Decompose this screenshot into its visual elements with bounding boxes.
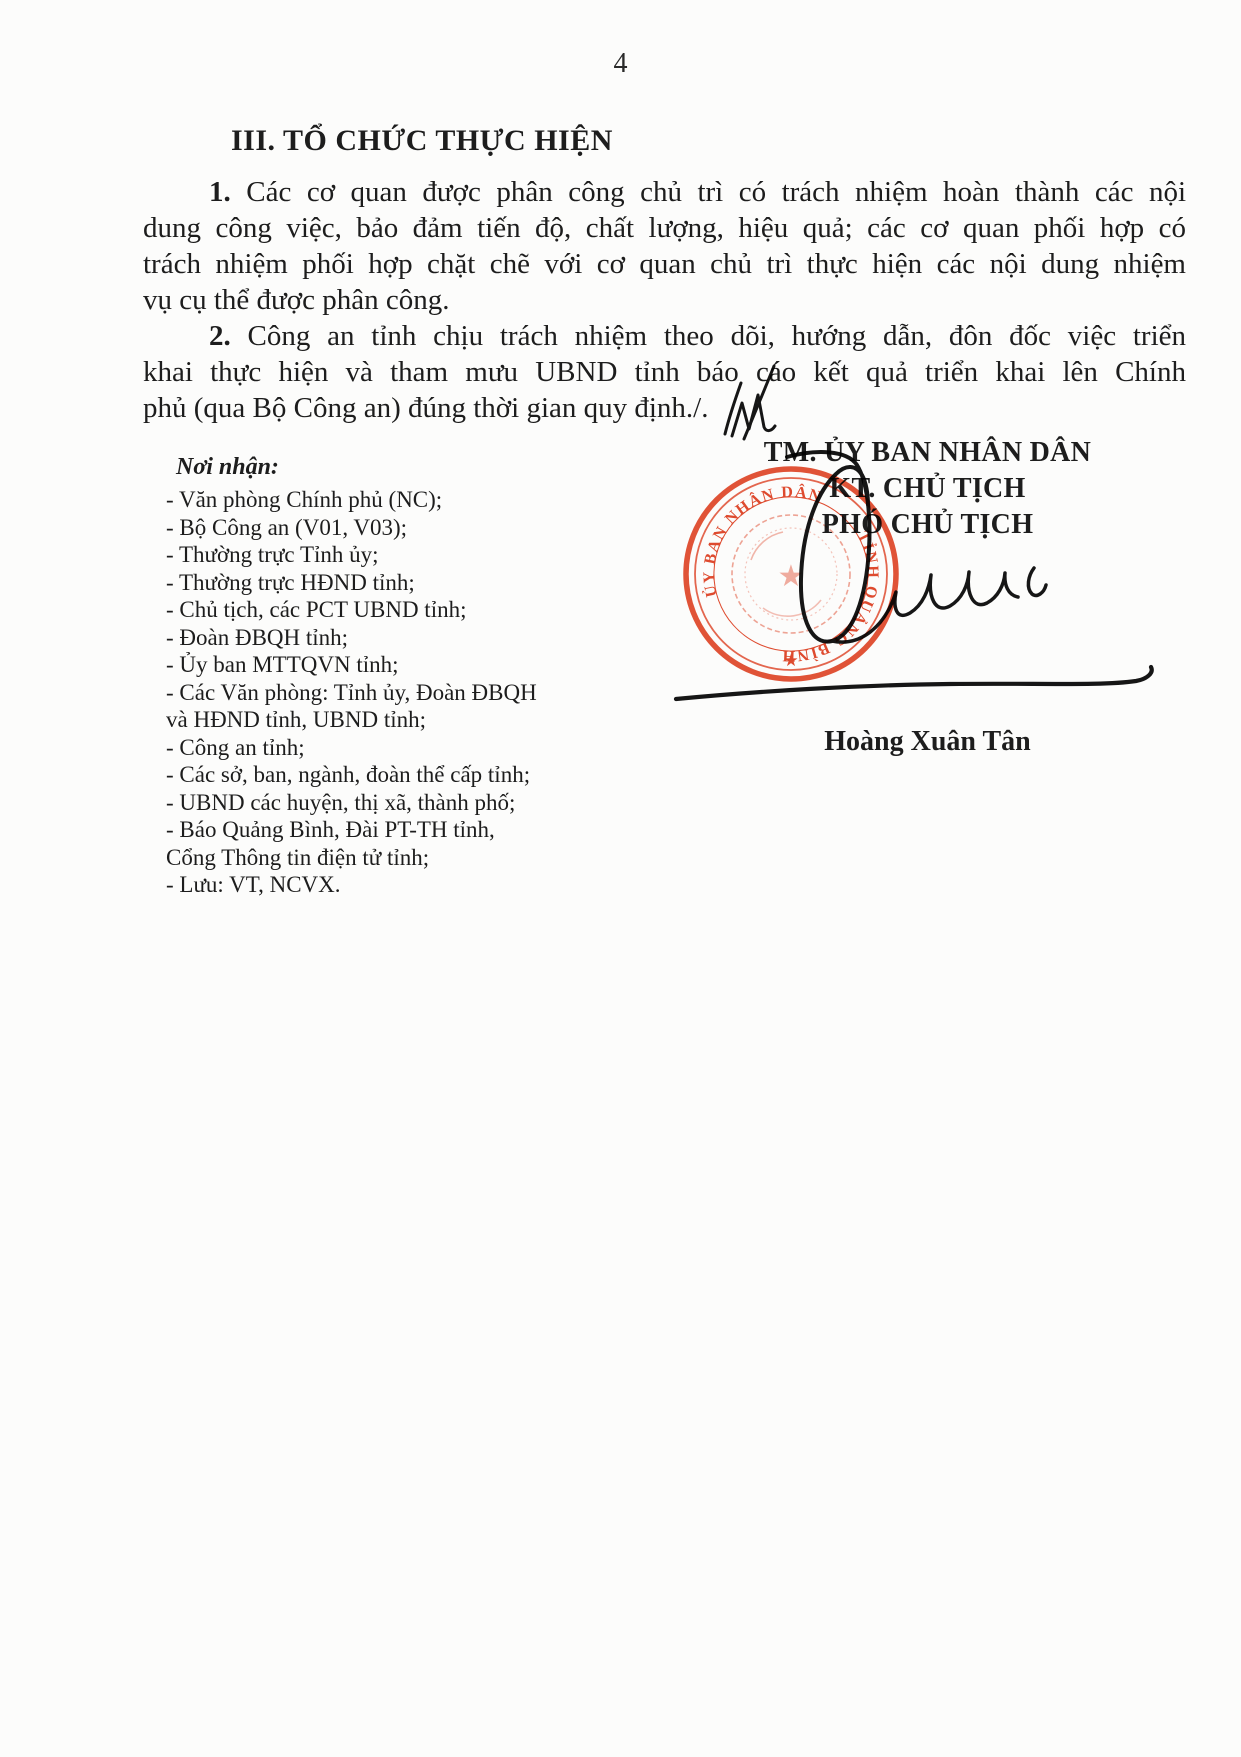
- recipients-block: Nơi nhận: - Văn phòng Chính phủ (NC);- B…: [166, 452, 586, 899]
- recipient-item: - Văn phòng Chính phủ (NC);: [166, 486, 586, 514]
- recipient-item: - Thường trực HĐND tỉnh;: [166, 569, 586, 597]
- paragraph-lines: dung công việc, bảo đảm tiến độ, chất lư…: [143, 210, 1186, 318]
- seal-emblem-star: ★: [778, 560, 805, 593]
- paragraph-text: Các cơ quan được phân công chủ trì có tr…: [246, 176, 1186, 208]
- svg-text:TỈNH QUẢNG BÌNH: TỈNH QUẢNG BÌNH: [781, 529, 881, 664]
- recipient-item: - Lưu: VT, NCVX.: [166, 871, 586, 899]
- signature-title-block: TM. ỦY BAN NHÂN DÂN KT. CHỦ TỊCH PHÓ CHỦ…: [660, 435, 1195, 543]
- recipient-item: - Ủy ban MTTQVN tỉnh;: [166, 651, 586, 679]
- paragraph-number: 1.: [209, 176, 231, 208]
- paragraph-line: 1. Các cơ quan được phân công chủ trì có…: [143, 174, 1186, 210]
- paragraph-lines: khai thực hiện và tham mưu UBND tỉnh báo…: [143, 354, 1186, 426]
- signature-underline: [676, 667, 1152, 699]
- recipient-item: - Báo Quảng Bình, Đài PT-TH tỉnh,: [166, 816, 586, 844]
- recipient-item: - Các Văn phòng: Tỉnh ủy, Đoàn ĐBQH: [166, 679, 586, 707]
- recipient-item: - Đoàn ĐBQH tỉnh;: [166, 624, 586, 652]
- paragraph-number: 2.: [209, 320, 231, 352]
- recipient-item: - Các sở, ban, ngành, đoàn thể cấp tỉnh;: [166, 761, 586, 789]
- recipient-item: - Bộ Công an (V01, V03);: [166, 514, 586, 542]
- paragraph-line: dung công việc, bảo đảm tiến độ, chất lư…: [143, 210, 1186, 246]
- paragraph-line: phủ (qua Bộ Công an) đúng thời gian quy …: [143, 390, 1186, 426]
- recipients-list: - Văn phòng Chính phủ (NC);- Bộ Công an …: [166, 486, 586, 899]
- signer-role-deputy: PHÓ CHỦ TỊCH: [660, 507, 1195, 543]
- recipient-item: - Chủ tịch, các PCT UBND tỉnh;: [166, 596, 586, 624]
- document-body: III. TỔ CHỨC THỰC HIỆN 1. Các cơ quan đư…: [143, 122, 1186, 426]
- seal-emblem-wreath-arc: [763, 600, 821, 616]
- paragraph-line: khai thực hiện và tham mưu UBND tỉnh báo…: [143, 354, 1186, 390]
- paragraph-line: vụ cụ thể được phân công.: [143, 282, 1186, 318]
- recipients-label: Nơi nhận:: [176, 452, 586, 482]
- document-page: 4 III. TỔ CHỨC THỰC HIỆN 1. Các cơ quan …: [0, 0, 1241, 1757]
- paragraph-1: 1. Các cơ quan được phân công chủ trì có…: [143, 174, 1186, 318]
- seal-ring-text-bottom: TỈNH QUẢNG BÌNH: [781, 529, 881, 664]
- seal-star: ★: [783, 651, 798, 670]
- paragraph-line: trách nhiệm phối hợp chặt chẽ với cơ qua…: [143, 246, 1186, 282]
- paragraph-text: Công an tỉnh chịu trách nhiệm theo dõi, …: [248, 320, 1186, 352]
- signing-authority: TM. ỦY BAN NHÂN DÂN: [660, 435, 1195, 471]
- recipient-item: - UBND các huyện, thị xã, thành phố;: [166, 789, 586, 817]
- recipient-item: Cổng Thông tin điện tử tỉnh;: [166, 844, 586, 872]
- recipient-item: - Thường trực Tỉnh ủy;: [166, 541, 586, 569]
- paragraph-line: 2. Công an tỉnh chịu trách nhiệm theo dõ…: [143, 318, 1186, 354]
- recipient-item: và HĐND tỉnh, UBND tỉnh;: [166, 706, 586, 734]
- recipient-item: - Công an tỉnh;: [166, 734, 586, 762]
- signer-name: Hoàng Xuân Tân: [660, 726, 1195, 758]
- signer-role-kt: KT. CHỦ TỊCH: [660, 471, 1195, 507]
- paragraph-2: 2. Công an tỉnh chịu trách nhiệm theo dõ…: [143, 318, 1186, 426]
- section-heading: III. TỔ CHỨC THỰC HIỆN: [143, 122, 1186, 160]
- page-number: 4: [0, 48, 1241, 80]
